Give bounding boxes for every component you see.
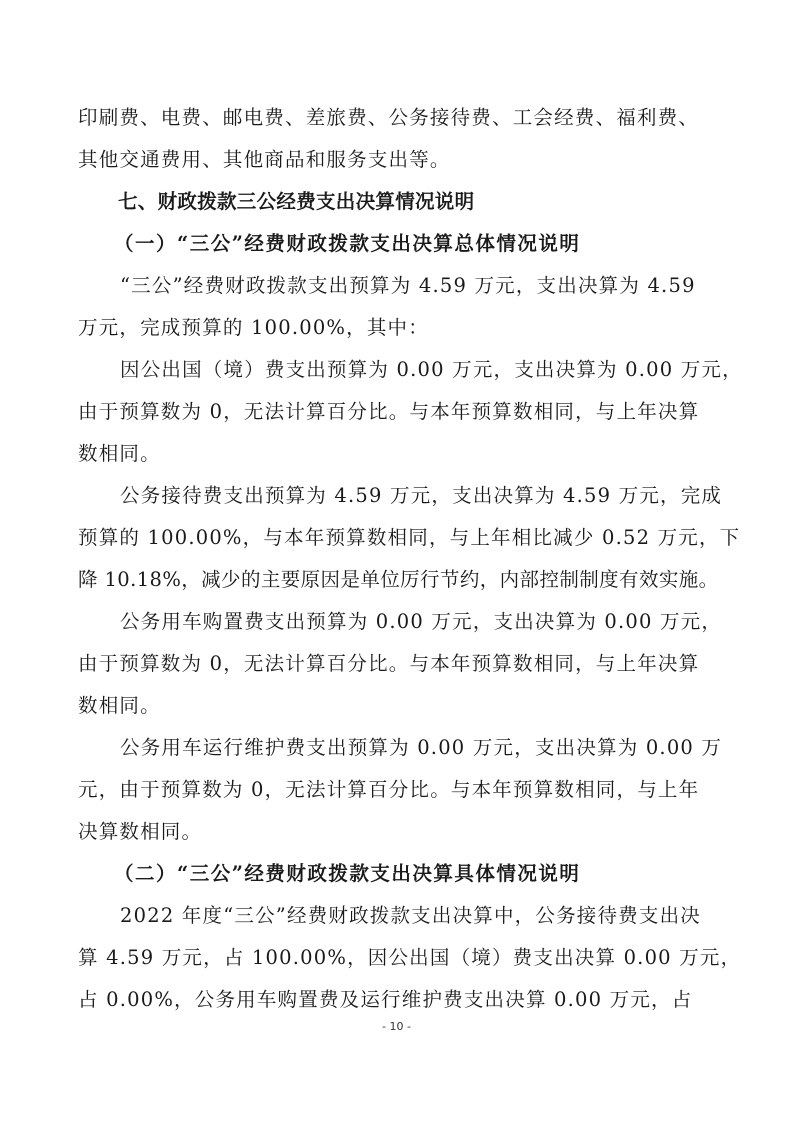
paragraph-first-line: 公务接待费支出预算为 4.59 万元，支出决算为 4.59 万元，完成	[78, 481, 718, 511]
section-heading: 七、财政拨款三公经费支出决算情况说明	[78, 187, 758, 217]
body-text-line: 其他交通费用、其他商品和服务支出等。	[78, 145, 718, 175]
paragraph-first-line: “三公”经费财政拨款支出预算为 4.59 万元，支出决算为 4.59	[78, 271, 718, 301]
body-text-line: 元，由于预算数为 0，无法计算百分比。与本年预算数相同，与上年	[78, 775, 718, 805]
subsection-heading: （一）“三公”经费财政拨款支出决算总体情况说明	[78, 229, 754, 259]
body-text-line: 万元，完成预算的 100.00%，其中：	[78, 313, 718, 343]
body-text-line: 降 10.18%，减少的主要原因是单位厉行节约，内部控制制度有效实施。	[78, 565, 718, 595]
paragraph-first-line: 公务用车运行维护费支出预算为 0.00 万元，支出决算为 0.00 万	[78, 733, 718, 763]
body-text-line: 由于预算数为 0，无法计算百分比。与本年预算数相同，与上年决算	[78, 397, 718, 427]
page-number: - 10 -	[0, 1020, 793, 1033]
body-text-line: 预算的 100.00%，与本年预算数相同，与上年相比减少 0.52 万元，下	[78, 523, 718, 553]
body-text-line: 占 0.00%，公务用车购置费及运行维护费支出决算 0.00 万元，占	[78, 985, 718, 1015]
body-text-line: 数相同。	[78, 439, 718, 469]
body-text-line: 数相同。	[78, 691, 718, 721]
body-text-line: 算 4.59 万元，占 100.00%，因公出国（境）费支出决算 0.00 万元…	[78, 943, 718, 973]
paragraph-first-line: 公务用车购置费支出预算为 0.00 万元，支出决算为 0.00 万元，	[78, 607, 718, 637]
subsection-heading: （二）“三公”经费财政拨款支出决算具体情况说明	[78, 859, 754, 889]
body-text-line: 决算数相同。	[78, 817, 718, 847]
paragraph-first-line: 2022 年度“三公”经费财政拨款支出决算中，公务接待费支出决	[78, 901, 718, 931]
body-text-line: 印刷费、电费、邮电费、差旅费、公务接待费、工会经费、福利费、	[78, 103, 718, 133]
paragraph-first-line: 因公出国（境）费支出预算为 0.00 万元，支出决算为 0.00 万元，	[78, 355, 718, 385]
body-text-line: 由于预算数为 0，无法计算百分比。与本年预算数相同，与上年决算	[78, 649, 718, 679]
